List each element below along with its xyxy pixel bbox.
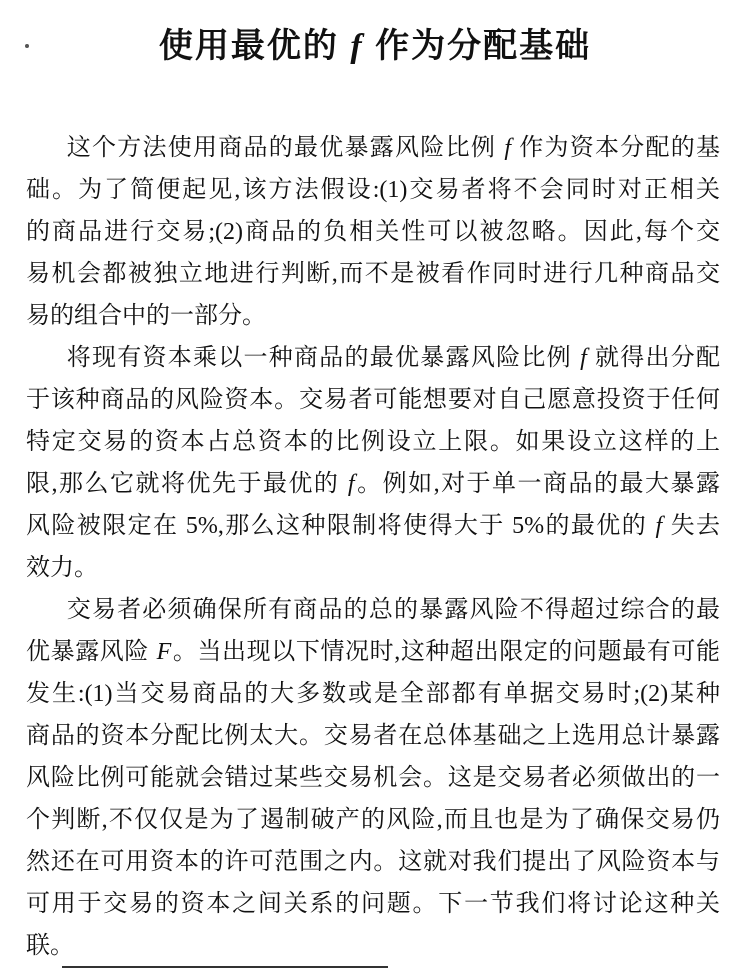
text-segment: 发生:(1)当交易商品的大多数或是全部都有单据交易时;(2)某种	[26, 681, 720, 707]
text-line: 风险被限定在 5%,那么这种限制将使得大于 5%的最优的 f 失去	[26, 505, 720, 547]
body-text: 这个方法使用商品的最优暴露风险比例 f 作为资本分配的基础。为了简便起见,该方法…	[26, 127, 720, 967]
text-line: 可用于交易的资本之间关系的问题。下一节我们将讨论这种关	[26, 883, 720, 925]
text-line: 限,那么它就将优先于最优的 f。例如,对于单一商品的最大暴露	[26, 463, 720, 505]
text-line: 这个方法使用商品的最优暴露风险比例 f 作为资本分配的基	[26, 127, 720, 169]
text-segment: 联。	[26, 933, 74, 959]
text-segment: 优暴露风险	[26, 639, 156, 665]
text-segment: 就得出分配	[588, 345, 720, 371]
text-line: 的商品进行交易;(2)商品的负相关性可以被忽略。因此,每个交	[26, 211, 720, 253]
text-segment: 商品的资本分配比例太大。交易者在总体基础之上选用总计暴露	[26, 723, 720, 749]
text-segment: 这个方法使用商品的最优暴露风险比例	[67, 135, 504, 161]
text-line: 础。为了简便起见,该方法假设:(1)交易者将不会同时对正相关	[26, 169, 720, 211]
text-segment: 作为资本分配的基	[512, 135, 720, 161]
text-segment: 将现有资本乘以一种商品的最优暴露风险比例	[67, 345, 579, 371]
text-line: 风险比例可能就会错过某些交易机会。这是交易者必须做出的一	[26, 757, 720, 799]
text-line: 效力。	[26, 547, 720, 589]
text-segment: 的商品进行交易;(2)商品的负相关性可以被忽略。因此,每个交	[26, 219, 720, 245]
math-variable: f	[655, 513, 664, 539]
text-segment: 效力。	[26, 555, 98, 581]
document-page: 使用最优的 f 作为分配基础 这个方法使用商品的最优暴露风险比例 f 作为资本分…	[0, 0, 750, 971]
text-line: 于该种商品的风险资本。交易者可能想要对自己愿意投资于任何	[26, 379, 720, 421]
text-line: 将现有资本乘以一种商品的最优暴露风险比例 f 就得出分配	[26, 337, 720, 379]
text-segment: 。例如,对于单一商品的最大暴露	[356, 471, 720, 497]
text-segment: 易机会都被独立地进行判断,而不是被看作同时进行几种商品交	[26, 261, 720, 287]
text-line: 个判断,不仅仅是为了遏制破产的风险,而且也是为了确保交易仍	[26, 799, 720, 841]
text-segment: 然还在可用资本的许可范围之内。这就对我们提出了风险资本与	[26, 849, 720, 875]
text-segment: 特定交易的资本占总资本的比例设立上限。如果设立这样的上	[26, 429, 720, 455]
text-segment: 限,那么它就将优先于最优的	[26, 471, 347, 497]
text-segment: 个判断,不仅仅是为了遏制破产的风险,而且也是为了确保交易仍	[26, 807, 720, 833]
text-segment: 易的组合中的一部分。	[26, 303, 266, 329]
text-segment: 础。为了简便起见,该方法假设:(1)交易者将不会同时对正相关	[26, 177, 720, 203]
math-variable: f	[347, 471, 356, 497]
math-variable: F	[156, 639, 173, 665]
text-segment: 交易者必须确保所有商品的总的暴露风险不得超过综合的最	[67, 597, 720, 623]
text-line: 易机会都被独立地进行判断,而不是被看作同时进行几种商品交	[26, 253, 720, 295]
text-segment: 风险比例可能就会错过某些交易机会。这是交易者必须做出的一	[26, 765, 720, 791]
text-line: 易的组合中的一部分。	[26, 295, 720, 337]
text-segment: 风险被限定在 5%,那么这种限制将使得大于 5%的最优的	[26, 513, 655, 539]
paragraph: 将现有资本乘以一种商品的最优暴露风险比例 f 就得出分配于该种商品的风险资本。交…	[26, 337, 720, 589]
math-variable: f	[579, 345, 588, 371]
paragraph: 这个方法使用商品的最优暴露风险比例 f 作为资本分配的基础。为了简便起见,该方法…	[26, 127, 720, 337]
page-title: 使用最优的 f 作为分配基础	[0, 18, 750, 67]
text-segment: 。当出现以下情况时,这种超出限定的问题最有可能	[172, 639, 720, 665]
text-line: 交易者必须确保所有商品的总的暴露风险不得超过综合的最	[26, 589, 720, 631]
text-line: 商品的资本分配比例太大。交易者在总体基础之上选用总计暴露	[26, 715, 720, 757]
text-segment: 于该种商品的风险资本。交易者可能想要对自己愿意投资于任何	[26, 387, 720, 413]
math-variable: f	[349, 28, 364, 65]
text-line: 联。	[26, 925, 720, 967]
text-line: 优暴露风险 F。当出现以下情况时,这种超出限定的问题最有可能	[26, 631, 720, 673]
footnote-rule	[62, 966, 388, 968]
math-variable: f	[503, 135, 512, 161]
text-segment: 可用于交易的资本之间关系的问题。下一节我们将讨论这种关	[26, 891, 720, 917]
text-line: 然还在可用资本的许可范围之内。这就对我们提出了风险资本与	[26, 841, 720, 883]
text-line: 发生:(1)当交易商品的大多数或是全部都有单据交易时;(2)某种	[26, 673, 720, 715]
text-segment: 使用最优的	[159, 28, 350, 65]
text-line: 特定交易的资本占总资本的比例设立上限。如果设立这样的上	[26, 421, 720, 463]
paragraph: 交易者必须确保所有商品的总的暴露风险不得超过综合的最优暴露风险 F。当出现以下情…	[26, 589, 720, 967]
text-segment: 失去	[663, 513, 720, 539]
text-segment: 作为分配基础	[365, 28, 592, 65]
